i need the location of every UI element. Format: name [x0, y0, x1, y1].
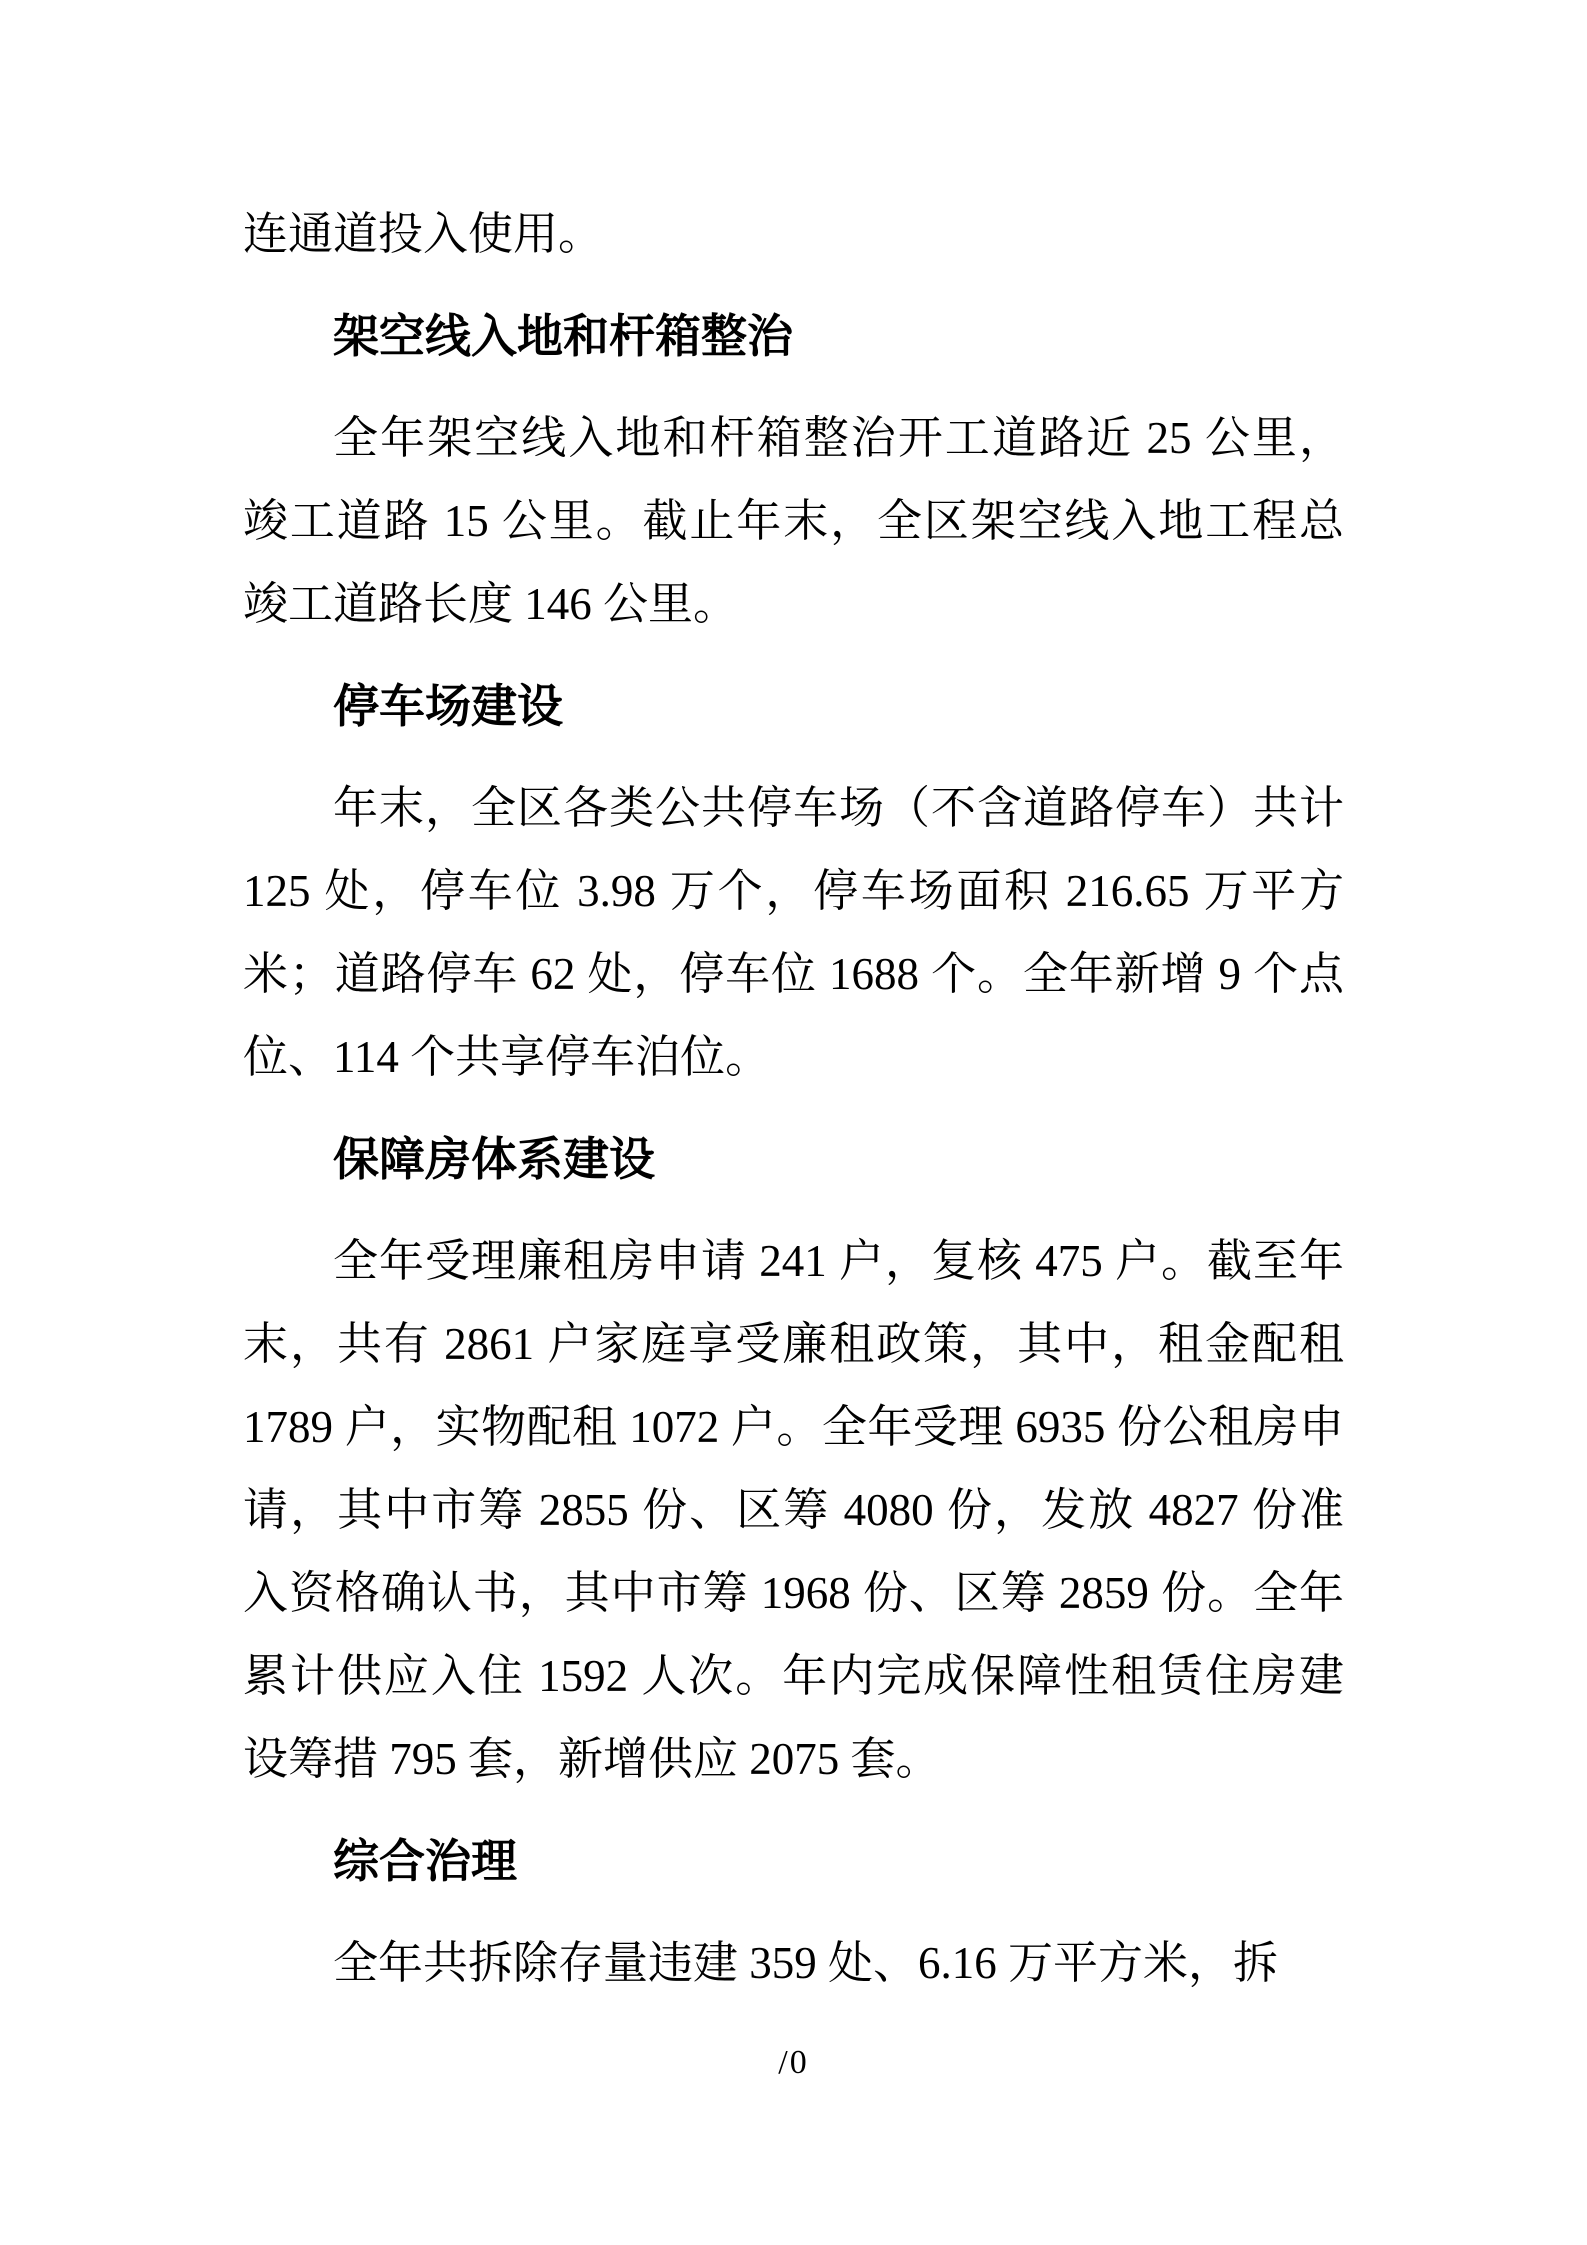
document-page: 连通道投入使用。 架空线入地和杆箱整治 全年架空线入地和杆箱整治开工道路近 25… [0, 0, 1587, 2245]
paragraph-continuation: 连通道投入使用。 [243, 193, 1344, 276]
paragraph-affordable-housing: 全年受理廉租房申请 241 户，复核 475 户。截至年末，共有 2861 户家… [243, 1220, 1344, 1801]
page-number: /0 [778, 2044, 808, 2081]
paragraph-overhead-lines: 全年架空线入地和杆箱整治开工道路近 25 公里，竣工道路 15 公里。截止年末，… [243, 397, 1344, 646]
section-heading-parking-construction: 停车场建设 [243, 665, 1344, 748]
paragraph-comprehensive-governance: 全年共拆除存量违建 359 处、6.16 万平方米，拆 [243, 1922, 1344, 2005]
page-body-text: 连通道投入使用。 架空线入地和杆箱整治 全年架空线入地和杆箱整治开工道路近 25… [243, 193, 1344, 2005]
paragraph-parking-construction: 年末，全区各类公共停车场（不含道路停车）共计 125 处，停车位 3.98 万个… [243, 767, 1344, 1099]
section-heading-comprehensive-governance: 综合治理 [243, 1820, 1344, 1903]
page-footer: /0 [0, 2042, 1587, 2084]
section-heading-overhead-lines: 架空线入地和杆箱整治 [243, 295, 1344, 378]
section-heading-affordable-housing: 保障房体系建设 [243, 1118, 1344, 1201]
